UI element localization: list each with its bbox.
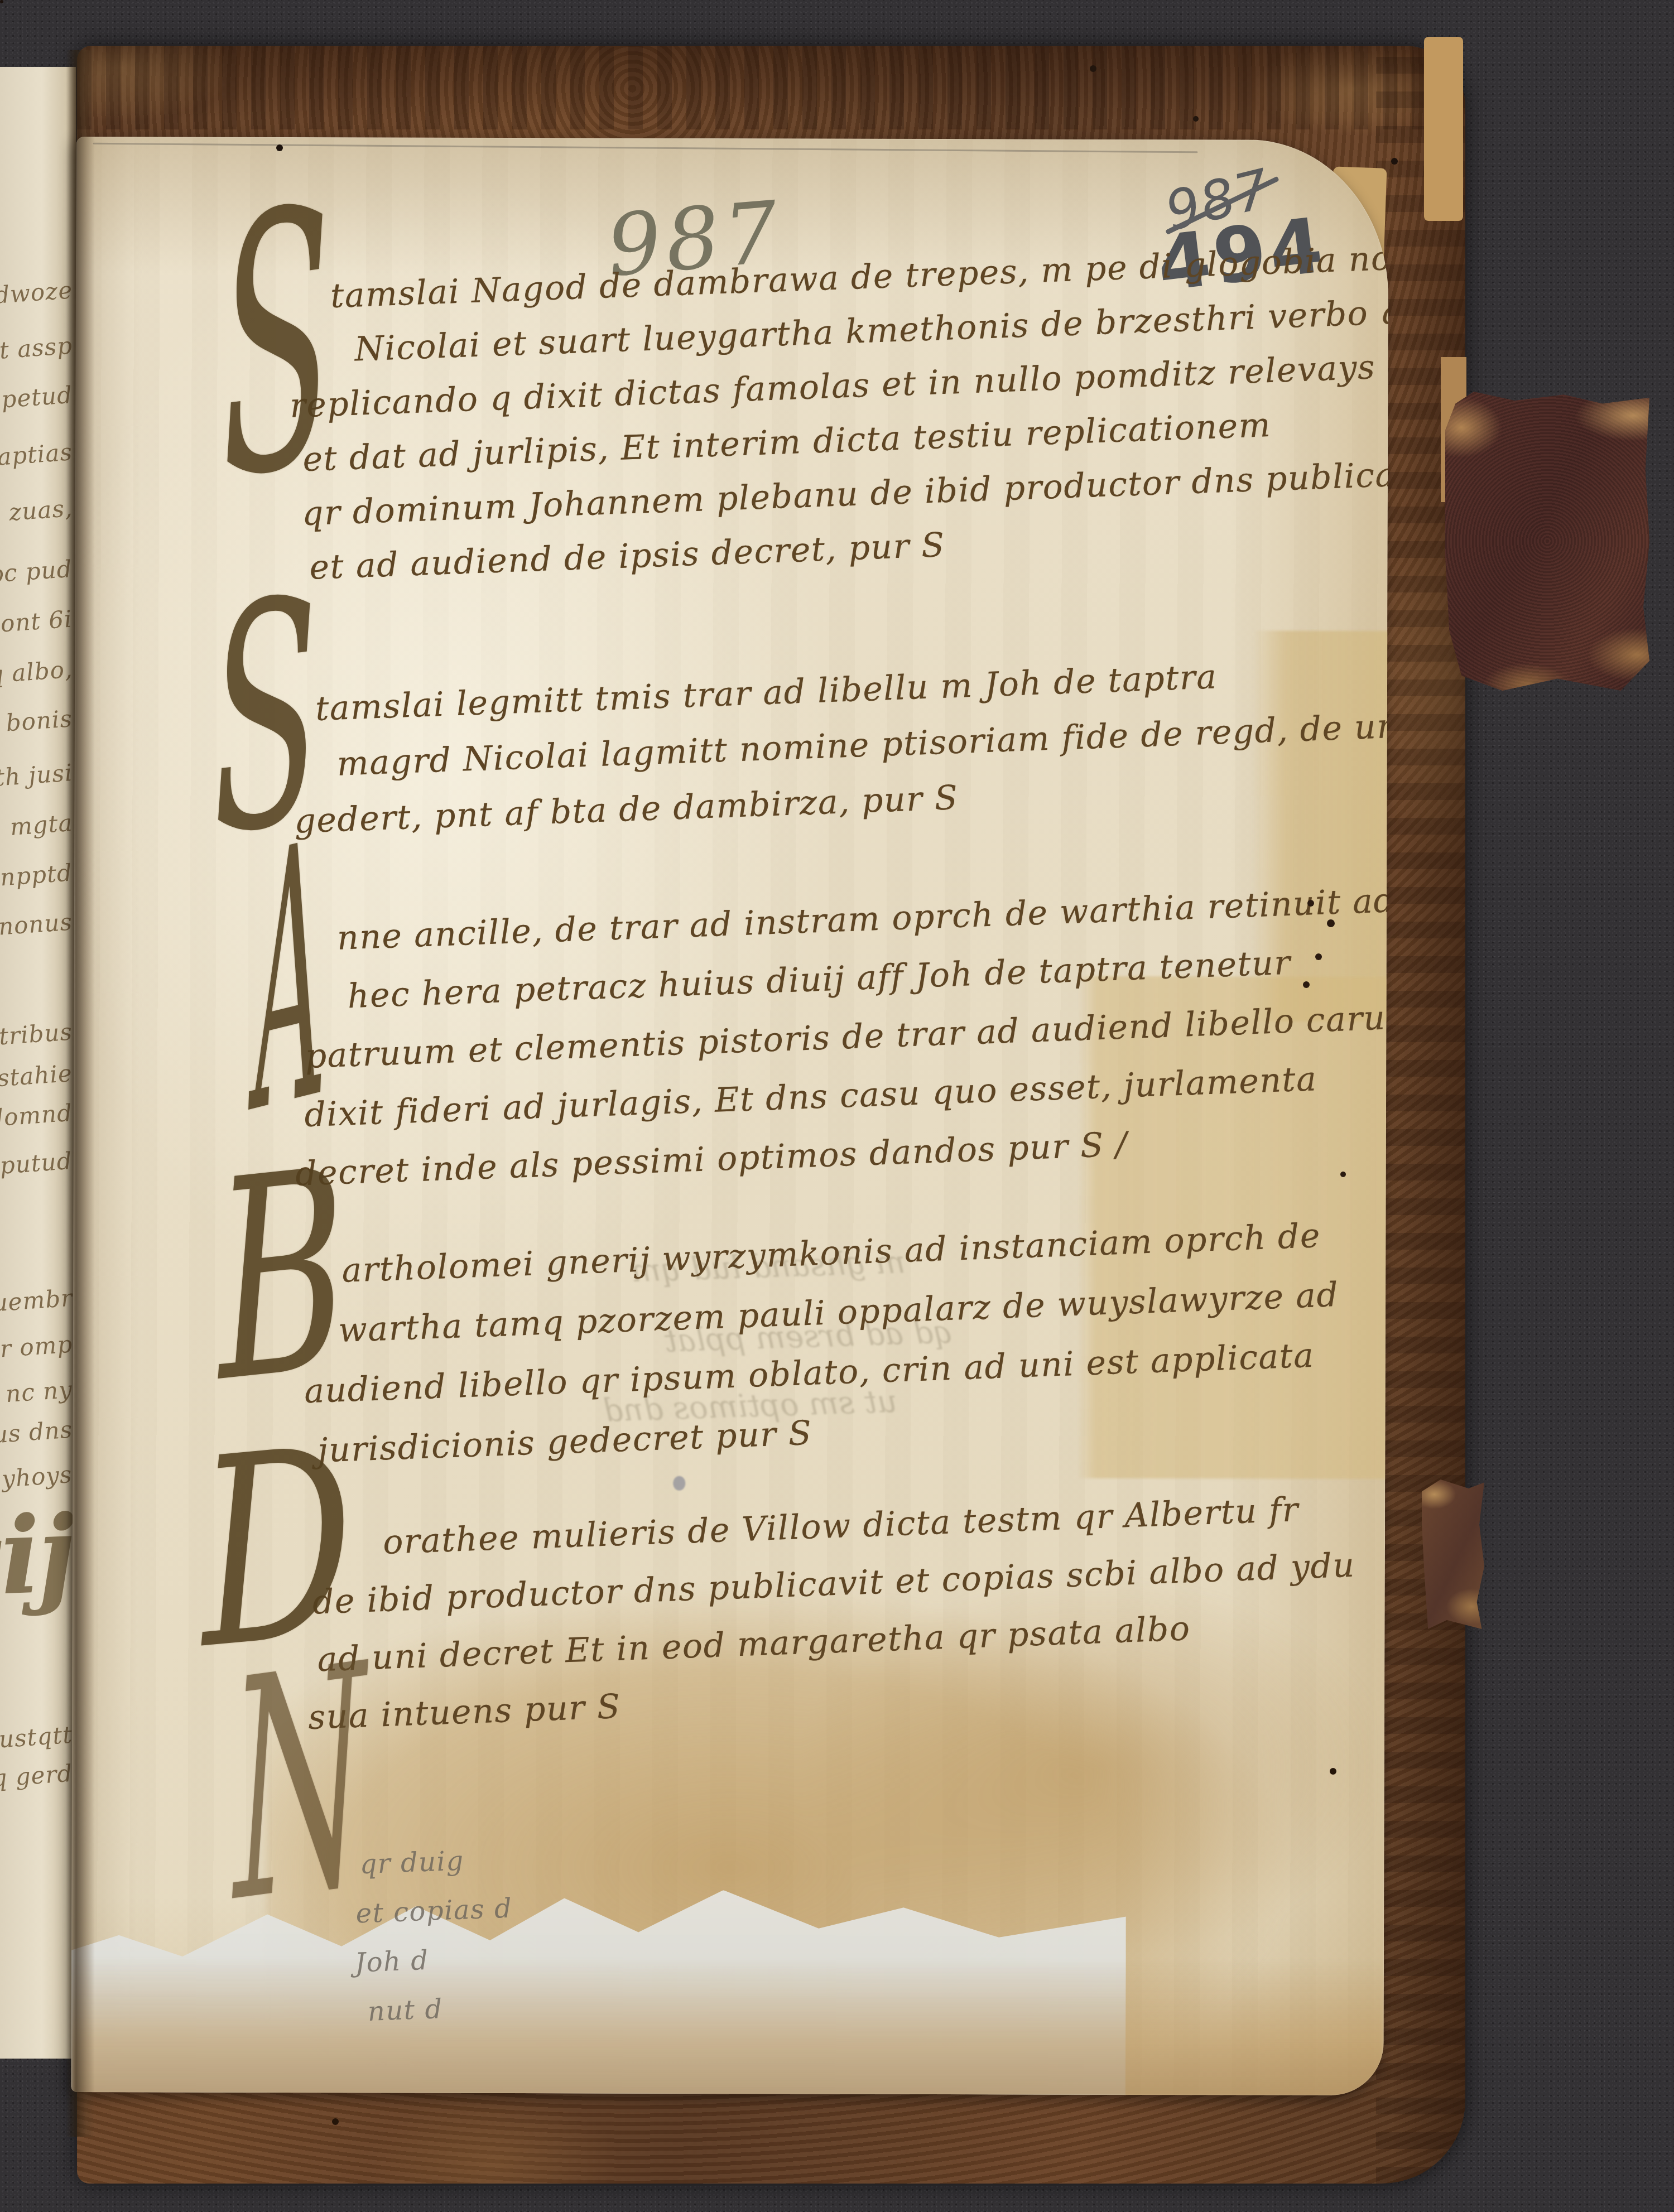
entry-line: et ad audiend de ipsis decret, pur S [309, 526, 946, 587]
facing-page-text-fragment: zuas, [8, 494, 73, 526]
facing-page-edge: dwozeet asspDmpetudaptiaszuas,pc pudpont… [0, 67, 76, 2059]
facing-page-text-fragment: nc ny [5, 1376, 74, 1408]
entry-line: et copias d [355, 1893, 513, 1930]
repair-patch [71, 1888, 1126, 2095]
worm-holes [0, 0, 3, 3]
entry-line: decret inde als pessimi optimos dandos p… [295, 1125, 1128, 1193]
facing-page-text-fragment: pc pud [0, 555, 74, 588]
facing-page-text-fragment: sto nonus [0, 908, 73, 944]
facing-page-text-fragment: th jusi [0, 759, 74, 792]
facing-page-text-fragment: ms bonis [0, 705, 73, 740]
facing-page-text-fragment: i mgta [0, 809, 74, 842]
strap-remnant [1422, 1480, 1484, 1629]
entry-line: nut d [367, 1993, 444, 2027]
facing-page-text-fragment: pont 6i [0, 605, 74, 639]
gutter-shadow [66, 50, 95, 2137]
facing-page-text-fragment: q albo, [0, 656, 74, 688]
facing-page-text-fragment: a q gerd [0, 1760, 73, 1794]
entry-line: qr duig [359, 1845, 465, 1881]
facing-page-text-fragment: domnd [0, 1099, 74, 1132]
facing-page-text-fragment: de se putud [0, 1147, 73, 1184]
manuscript-page: m ghsand lud qm qd ad brsem pplat ut sm … [71, 137, 1388, 2095]
facing-page-text-fragment: qustqtt [0, 1721, 74, 1754]
entry-line: hec hera petracz huius diuij aff Joh de … [347, 943, 1292, 1016]
facing-page-text-fragment: et assp [0, 332, 74, 365]
leather-tooling-top [77, 46, 1465, 129]
facing-page-large-fragment: acij [0, 1492, 75, 1623]
facing-page-text-fragment: ntbus dns [0, 1415, 73, 1451]
facing-page-text-fragment: dwoze [0, 276, 74, 309]
entry-initial: N [228, 1656, 372, 1915]
facing-page-text-fragment: br omp [0, 1331, 74, 1364]
facing-page-text-fragment: mstahie [0, 1059, 73, 1093]
facing-page-text-fragment: aptias [0, 438, 74, 470]
entry-line: ad uni decret Et in eod margaretha qr ps… [316, 1609, 1191, 1679]
entry-line: dixit fideri ad jurlagis, Et dns casu qu… [304, 1059, 1317, 1135]
facing-page-text-fragment: q nouembr [0, 1284, 73, 1321]
facing-page-text-fragment: ysbyhoys [0, 1461, 73, 1496]
leather-strap [1445, 392, 1649, 691]
entry-initial: S [215, 197, 338, 494]
cover-backing-board [1424, 37, 1463, 221]
ink-smudge [673, 1476, 685, 1491]
edge-discoloration [71, 1955, 1384, 2095]
entry-initial: B [212, 1161, 352, 1394]
facing-page-text-fragment: Znpptd [0, 859, 74, 892]
facing-page-text-fragment: Dmpetud [0, 381, 73, 416]
entry-line: gedert, pnt af bta de dambirza, pur S [294, 778, 959, 841]
entry-line: jurisdicionis gedecret pur S [317, 1414, 813, 1471]
entry-line: orathee mulieris de Villow dicta testm q… [382, 1490, 1300, 1562]
entry-initial: A [252, 832, 327, 1127]
manuscript-photo-scene: dwozeet asspDmpetudaptiaszuas,pc pudpont… [0, 0, 1674, 2212]
facing-page-text-fragment: utribus [0, 1018, 74, 1051]
